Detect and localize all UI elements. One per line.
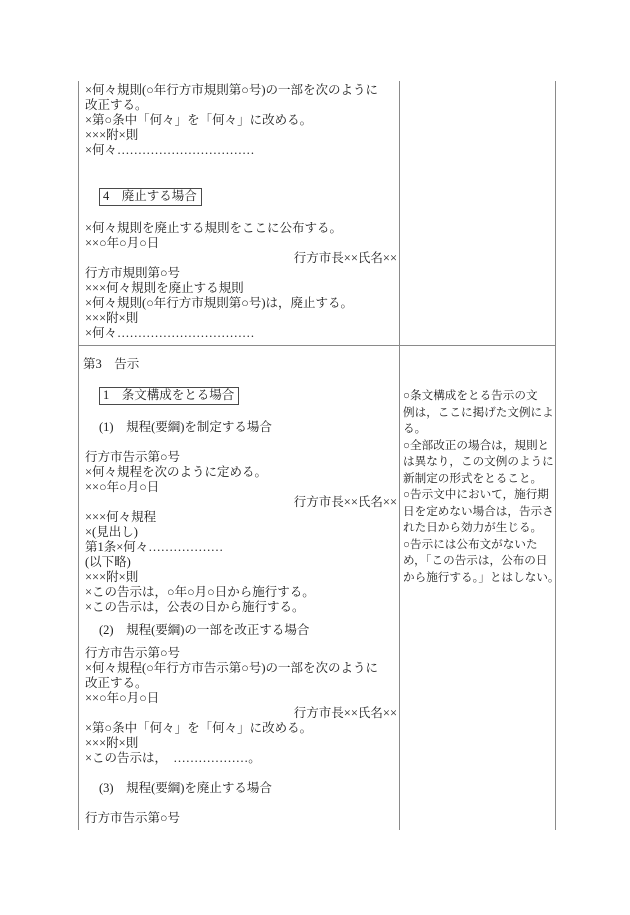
doc-line-text: ×××附×則: [85, 311, 138, 325]
doc-line-text: 行方市長××氏名××: [294, 706, 397, 720]
doc-line-text: 第1条×何々………………: [85, 540, 223, 554]
doc-line: ×何々……………………………: [85, 143, 399, 158]
doc-line: 第3 告示: [85, 357, 399, 372]
note-line-text: ○条文構成をとる告示の文: [403, 389, 538, 402]
doc-line: [85, 435, 399, 450]
doc-line: [85, 638, 399, 646]
doc-line: (以下略): [85, 555, 399, 570]
doc-line: 行方市長××氏名××: [85, 706, 399, 721]
doc-line: ××○年○月○日: [85, 236, 399, 251]
doc-line: ×第○条中「何々」を「何々」に改める。: [85, 113, 399, 128]
doc-line-text: ×××何々規程: [85, 510, 156, 524]
note-line: 新制定の形式をとること。: [403, 471, 553, 488]
note-line: 日を定めない場合は，告示さ: [403, 504, 553, 521]
doc-line: ×何々……………………………: [85, 326, 399, 341]
doc-line: 行方市長××氏名××: [85, 495, 399, 510]
doc-line-text: ×この告示は，公表の日から施行する。: [85, 600, 305, 614]
doc-line-text: 改正する。: [85, 98, 148, 112]
note-line-text: れた日から効力が生じる。: [403, 521, 542, 534]
note-line: 例は，ここに掲げた文例によ: [403, 405, 553, 422]
doc-line-text: (以下略): [85, 555, 131, 569]
doc-line-text: ××○年○月○日: [85, 691, 159, 705]
doc-line: (2) 規程(要綱)の一部を改正する場合: [85, 623, 399, 638]
doc-line: 改正する。: [85, 98, 399, 113]
document-page: ×何々規則(○年行方市規則第○号)の一部を次のように改正する。×第○条中「何々」…: [0, 0, 630, 915]
doc-line: 行方市告示第○号: [85, 811, 399, 826]
doc-line-text: ××○年○月○日: [85, 236, 159, 250]
doc-line: ×この告示は， ………………。: [85, 751, 399, 766]
doc-line: [85, 796, 399, 811]
doc-line-text: ×(見出し): [85, 525, 138, 539]
doc-line-text: ×第○条中「何々」を「何々」に改める。: [85, 113, 312, 127]
doc-line: ×××附×則: [85, 128, 399, 143]
doc-line: ×何々規則(○年行方市規則第○号)の一部を次のように: [85, 83, 399, 98]
note-line-text: 日を定めない場合は，告示さ: [403, 505, 554, 518]
doc-line-text: ×何々規程(○年行方市告示第○号)の一部を次のように: [85, 661, 378, 675]
doc-line-text: 行方市告示第○号: [85, 450, 180, 464]
doc-line-text: 行方市規則第○号: [85, 266, 180, 280]
note-line: れた日から効力が生じる。: [403, 520, 553, 537]
note-line-text: め，「この告示は，公布の日: [403, 554, 547, 567]
note-line: ○条文構成をとる告示の文: [403, 388, 553, 405]
note-line: ○全部改正の場合は，規則と: [403, 438, 553, 455]
doc-line: ×××附×則: [85, 570, 399, 585]
doc-line: ××○年○月○日: [85, 691, 399, 706]
doc-line: 行方市規則第○号: [85, 266, 399, 281]
doc-line: ×何々規程(○年行方市告示第○号)の一部を次のように: [85, 661, 399, 676]
doc-line: ×××何々規則を廃止する規則: [85, 281, 399, 296]
doc-line: ×何々規程を次のように定める。: [85, 465, 399, 480]
notes-cell: ○条文構成をとる告示の文例は，ここに掲げた文例による。○全部改正の場合は，規則と…: [400, 346, 555, 830]
doc-line: [85, 766, 399, 781]
note-line: ○告示には公布文がないた: [403, 537, 553, 554]
doc-line: [85, 206, 399, 221]
doc-line: [85, 405, 399, 420]
note-line: め，「この告示は，公布の日: [403, 553, 553, 570]
doc-line: (3) 規程(要綱)を廃止する場合: [85, 781, 399, 796]
doc-line-text: 行方市長××氏名××: [294, 251, 397, 265]
doc-line-text: ××○年○月○日: [85, 480, 159, 494]
doc-line-text: 行方市告示第○号: [85, 646, 180, 660]
notice-section-cell: 第3 告示1 条文構成をとる場合(1) 規程(要綱)を制定する場合行方市告示第○…: [79, 346, 399, 830]
doc-line: ×この告示は，○年○月○日から施行する。: [85, 585, 399, 600]
rule-section-cell: ×何々規則(○年行方市規則第○号)の一部を次のように改正する。×第○条中「何々」…: [79, 81, 399, 345]
doc-line: 4 廃止する場合: [85, 188, 399, 206]
doc-line-text: ×××附×則: [85, 128, 138, 142]
note-line-text: ○告示には公布文がないた: [403, 538, 538, 551]
doc-line: 行方市長××氏名××: [85, 251, 399, 266]
doc-line-text: 行方市告示第○号: [85, 811, 180, 825]
form-table: ×何々規則(○年行方市規則第○号)の一部を次のように改正する。×第○条中「何々」…: [78, 81, 556, 830]
note-line-text: ○全部改正の場合は，規則と: [403, 439, 549, 452]
doc-line-text: (3) 規程(要綱)を廃止する場合: [99, 781, 272, 795]
note-line-text: ○告示文中において，施行期: [403, 488, 549, 501]
doc-line: [85, 173, 399, 188]
doc-line: ×この告示は，公表の日から施行する。: [85, 600, 399, 615]
doc-line: (1) 規程(要綱)を制定する場合: [85, 420, 399, 435]
note-line: は異なり，この文例のように: [403, 454, 553, 471]
doc-line-text: ×何々規程を次のように定める。: [85, 465, 267, 479]
doc-line-text: ×この告示は，○年○月○日から施行する。: [85, 585, 315, 599]
doc-line: [85, 158, 399, 173]
doc-line-text: (2) 規程(要綱)の一部を改正する場合: [99, 623, 309, 637]
doc-line: ×(見出し): [85, 525, 399, 540]
doc-line-text: ×第○条中「何々」を「何々」に改める。: [85, 721, 312, 735]
note-line: ○告示文中において，施行期: [403, 487, 553, 504]
doc-line-text: ×何々規則(○年行方市規則第○号)の一部を次のように: [85, 83, 378, 97]
doc-line: 改正する。: [85, 676, 399, 691]
doc-line: 行方市告示第○号: [85, 646, 399, 661]
doc-line: 行方市告示第○号: [85, 450, 399, 465]
doc-line: ××○年○月○日: [85, 480, 399, 495]
note-line-text: 新制定の形式をとること。: [403, 472, 542, 485]
doc-line-text: ×何々……………………………: [85, 143, 255, 157]
doc-line: ×何々規則(○年行方市規則第○号)は，廃止する。: [85, 296, 399, 311]
doc-line-text: 行方市長××氏名××: [294, 495, 397, 509]
doc-line: ×第○条中「何々」を「何々」に改める。: [85, 721, 399, 736]
doc-line-text: 改正する。: [85, 676, 148, 690]
doc-line: 1 条文構成をとる場合: [85, 387, 399, 405]
doc-line-text: 4 廃止する場合: [99, 188, 202, 206]
doc-line-text: ×何々規則を廃止する規則をここに公布する。: [85, 221, 342, 235]
doc-line: ×××附×則: [85, 311, 399, 326]
note-line: る。: [403, 421, 553, 438]
doc-line-text: ×××附×則: [85, 736, 138, 750]
doc-line: [85, 615, 399, 623]
doc-line-text: (1) 規程(要綱)を制定する場合: [99, 420, 272, 434]
doc-line-text: ×何々規則(○年行方市規則第○号)は，廃止する。: [85, 296, 353, 310]
doc-line-text: ×××何々規則を廃止する規則: [85, 281, 244, 295]
doc-line: ×××何々規程: [85, 510, 399, 525]
doc-line: 第1条×何々………………: [85, 540, 399, 555]
doc-line-text: ×××附×則: [85, 570, 138, 584]
doc-line-text: ×何々……………………………: [85, 326, 255, 340]
note-line-text: は異なり，この文例のように: [403, 455, 554, 468]
doc-line-text: 第3 告示: [83, 357, 139, 371]
doc-line-text: ×この告示は， ………………。: [85, 751, 261, 765]
note-line-text: から施行する。」とはしない。: [403, 571, 556, 584]
doc-line: [85, 372, 399, 387]
doc-line: ×××附×則: [85, 736, 399, 751]
note-line: から施行する。」とはしない。: [403, 570, 553, 587]
note-line-text: 例は，ここに掲げた文例によ: [403, 406, 554, 419]
doc-line: ×何々規則を廃止する規則をここに公布する。: [85, 221, 399, 236]
note-line-text: る。: [403, 422, 426, 435]
doc-line-text: 1 条文構成をとる場合: [99, 387, 239, 405]
